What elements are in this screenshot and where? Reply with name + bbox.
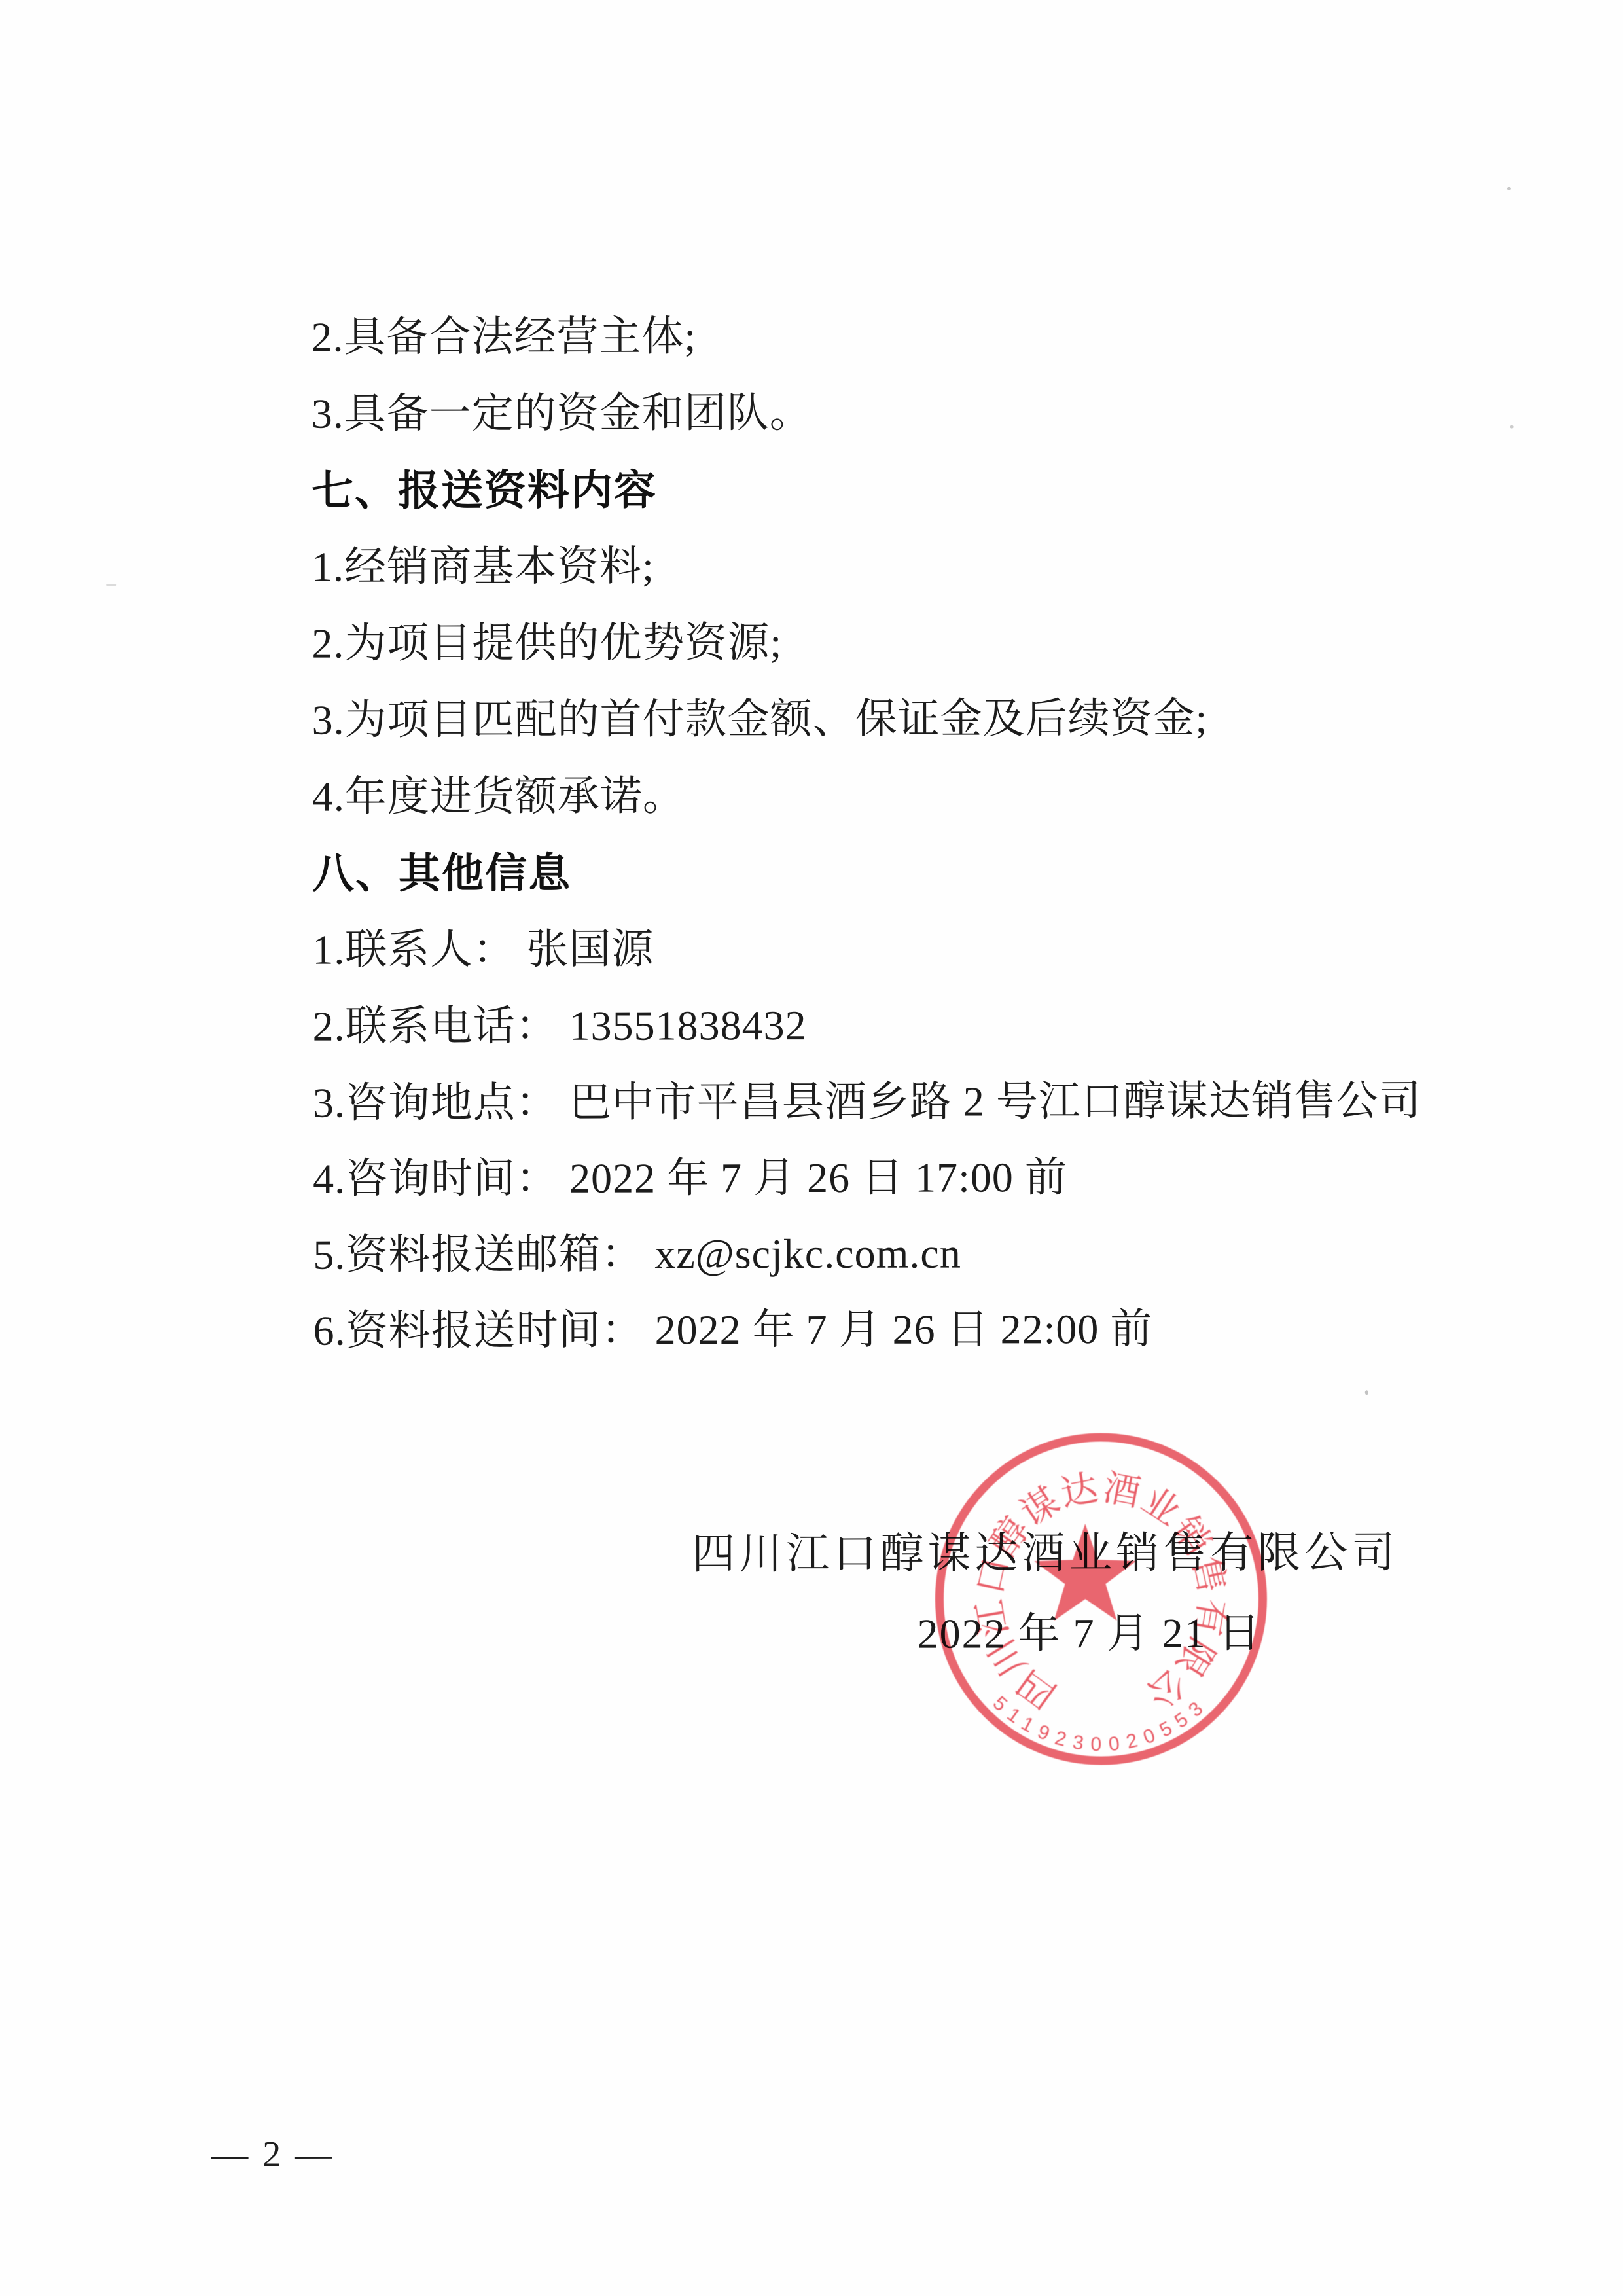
contact-person-line: 1.联系人： 张国源 (312, 921, 654, 979)
scan-speck (106, 584, 116, 586)
section-heading: 八、其他信息 (312, 844, 571, 903)
paragraph: 1.经销商基本资料; (312, 538, 654, 596)
scan-speck (1510, 425, 1514, 429)
paragraph: 3.为项目匹配的首付款金额、保证金及后续资金; (312, 690, 1208, 749)
consult-time-line: 4.咨询时间： 2022 年 7 月 26 日 17:00 前 (313, 1149, 1067, 1208)
star-icon (1034, 1524, 1136, 1621)
submit-email-line: 5.资料报送邮箱： xz@scjkc.com.cn (313, 1225, 961, 1284)
scan-speck (1507, 187, 1511, 190)
section-heading: 七、报送资料内容 (312, 461, 657, 519)
contact-phone-line: 2.联系电话： 13551838432 (313, 997, 807, 1056)
paragraph: 3.具备一定的资金和团队。 (312, 384, 812, 443)
scan-speck (1365, 1390, 1368, 1395)
document-page: 2.具备合法经营主体; 3.具备一定的资金和团队。 七、报送资料内容 1.经销商… (0, 0, 1623, 2296)
paragraph: 2.为项目提供的优势资源; (312, 614, 782, 673)
paragraph: 2.具备合法经营主体; (311, 308, 696, 366)
page-number: — 2 — (211, 2132, 334, 2178)
submit-time-line: 6.资料报送时间： 2022 年 7 月 26 日 22:00 前 (313, 1300, 1152, 1360)
contact-address-line: 3.咨询地点： 巴中市平昌县酒乡路 2 号江口醇谋达销售公司 (313, 1072, 1421, 1132)
official-seal: 四川江口醇谋达酒业销售有限公司 5119230020553 (931, 1428, 1272, 1770)
paragraph: 4.年度进货额承诺。 (312, 767, 685, 825)
